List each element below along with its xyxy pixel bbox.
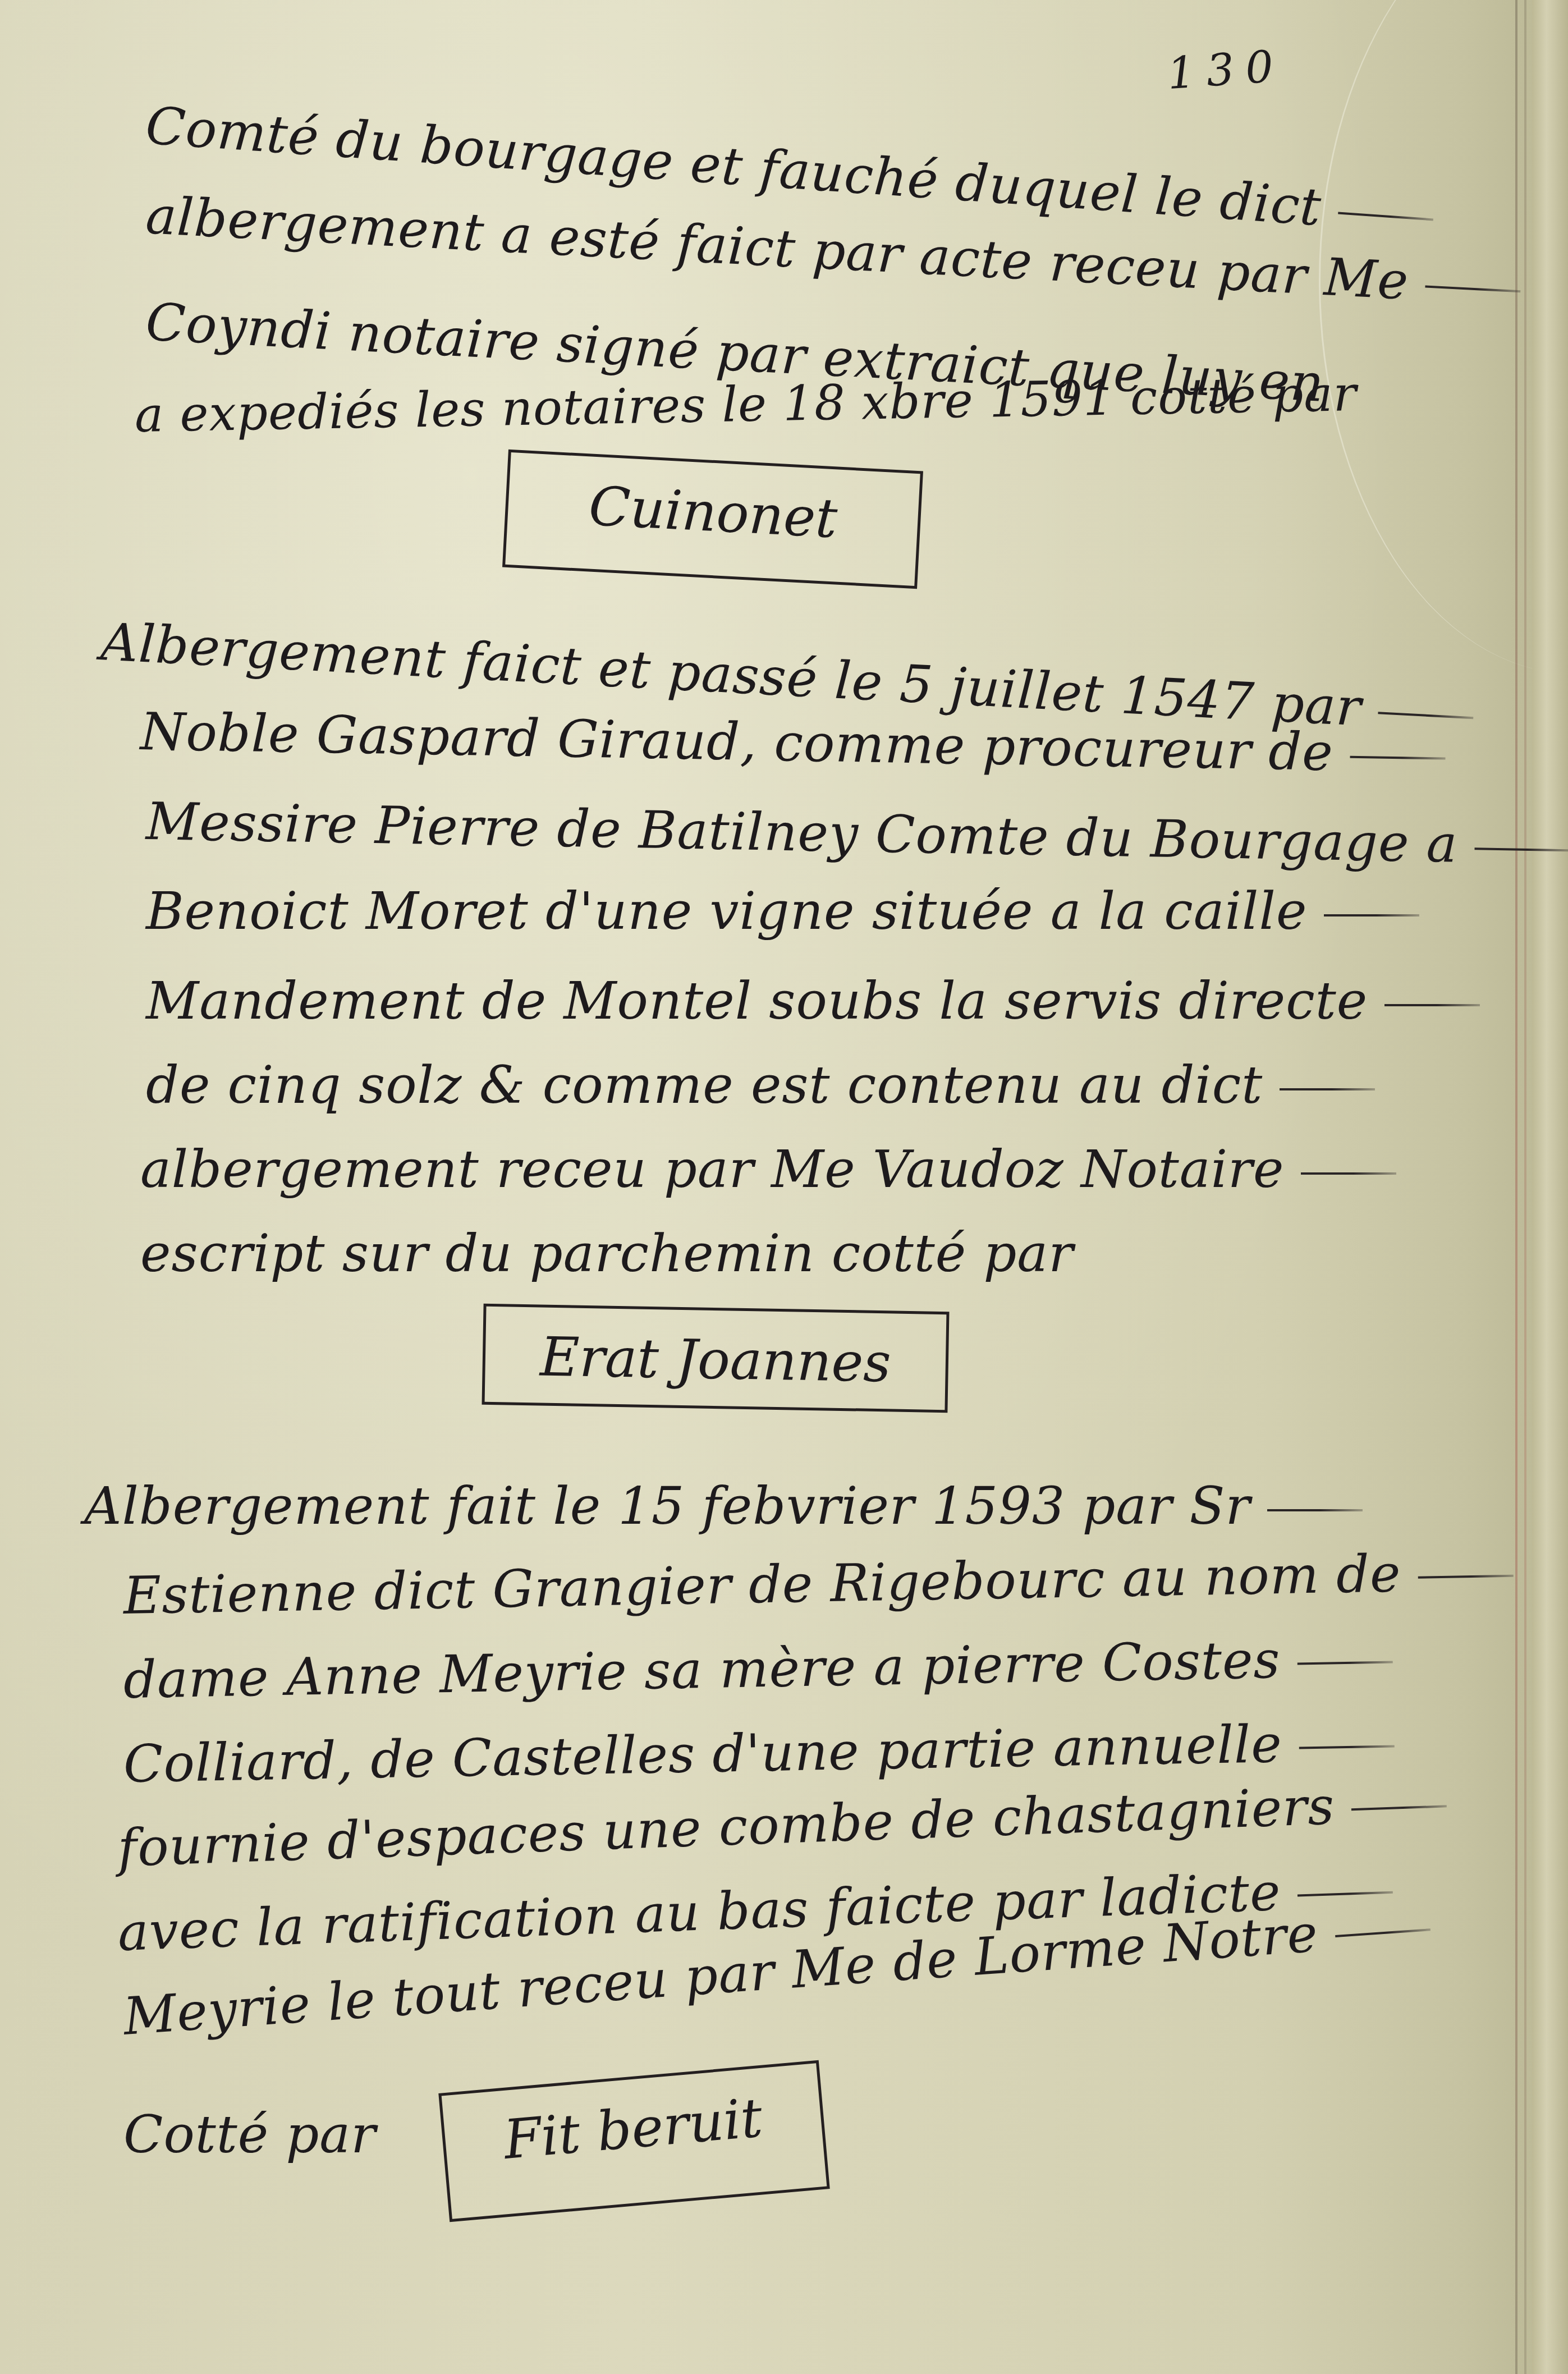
line-filler-dash [1338,212,1433,221]
folio-number: 130 [1166,41,1286,99]
line-filler-dash [1378,712,1473,719]
line-filler-dash [1301,1172,1396,1175]
line-filler-dash [1351,1805,1447,1811]
entry-line: dame Anne Meyrie sa mère a pierre Costes [123,1628,1393,1710]
line-filler-dash [1418,1575,1513,1579]
manuscript-page: 130 Comté du bourgage et fauché duquel l… [0,0,1568,2374]
entry-line: Messire Pierre de Batilney Comte du Bour… [145,791,1568,876]
cote-box: Fit beruit [438,2060,829,2222]
line-filler-dash [1299,1745,1395,1749]
line-filler-dash [1335,1928,1431,1937]
line-filler-dash [1298,1891,1393,1897]
entry-line: albergement receu par Me Vaudoz Notaire [140,1139,1396,1199]
entry-line: Mandement de Montel soubs la servis dire… [146,971,1480,1031]
line-filler-dash [1324,914,1419,916]
entry-line: Estienne dict Grangier de Rigebourc au n… [123,1542,1514,1626]
margin-rule [1515,0,1517,2374]
line-filler-dash [1384,1004,1480,1006]
margin-rule-secondary [1524,0,1526,2374]
entry-trailer: Cotté par [123,2105,376,2165]
entry-line: Albergement fait le 15 febvrier 1593 par… [84,1476,1363,1536]
cote-label: Erat Joannes [539,1326,891,1395]
entry-line: escript sur du parchemin cotté par [140,1223,1074,1284]
cote-box: Erat Joannes [482,1304,949,1413]
line-filler-dash [1474,847,1568,851]
page-fold-highlight [1319,0,1568,673]
cote-label: Cuinonet [588,475,839,551]
entry-line: Benoict Moret d'une vigne située a la ca… [146,881,1419,941]
line-filler-dash [1298,1661,1393,1665]
entry-line: a expediés les notaires le 18 xbre 1591 … [134,366,1357,443]
line-filler-dash [1350,756,1446,760]
line-filler-dash [1267,1509,1363,1511]
cote-box: Cuinonet [502,450,923,589]
page-edge [1532,0,1568,2374]
line-filler-dash [1425,286,1520,293]
cote-label: Fit beruit [501,2086,765,2171]
line-filler-dash [1280,1088,1375,1090]
entry-line: de cinq solz & comme est contenu au dict [146,1055,1375,1115]
